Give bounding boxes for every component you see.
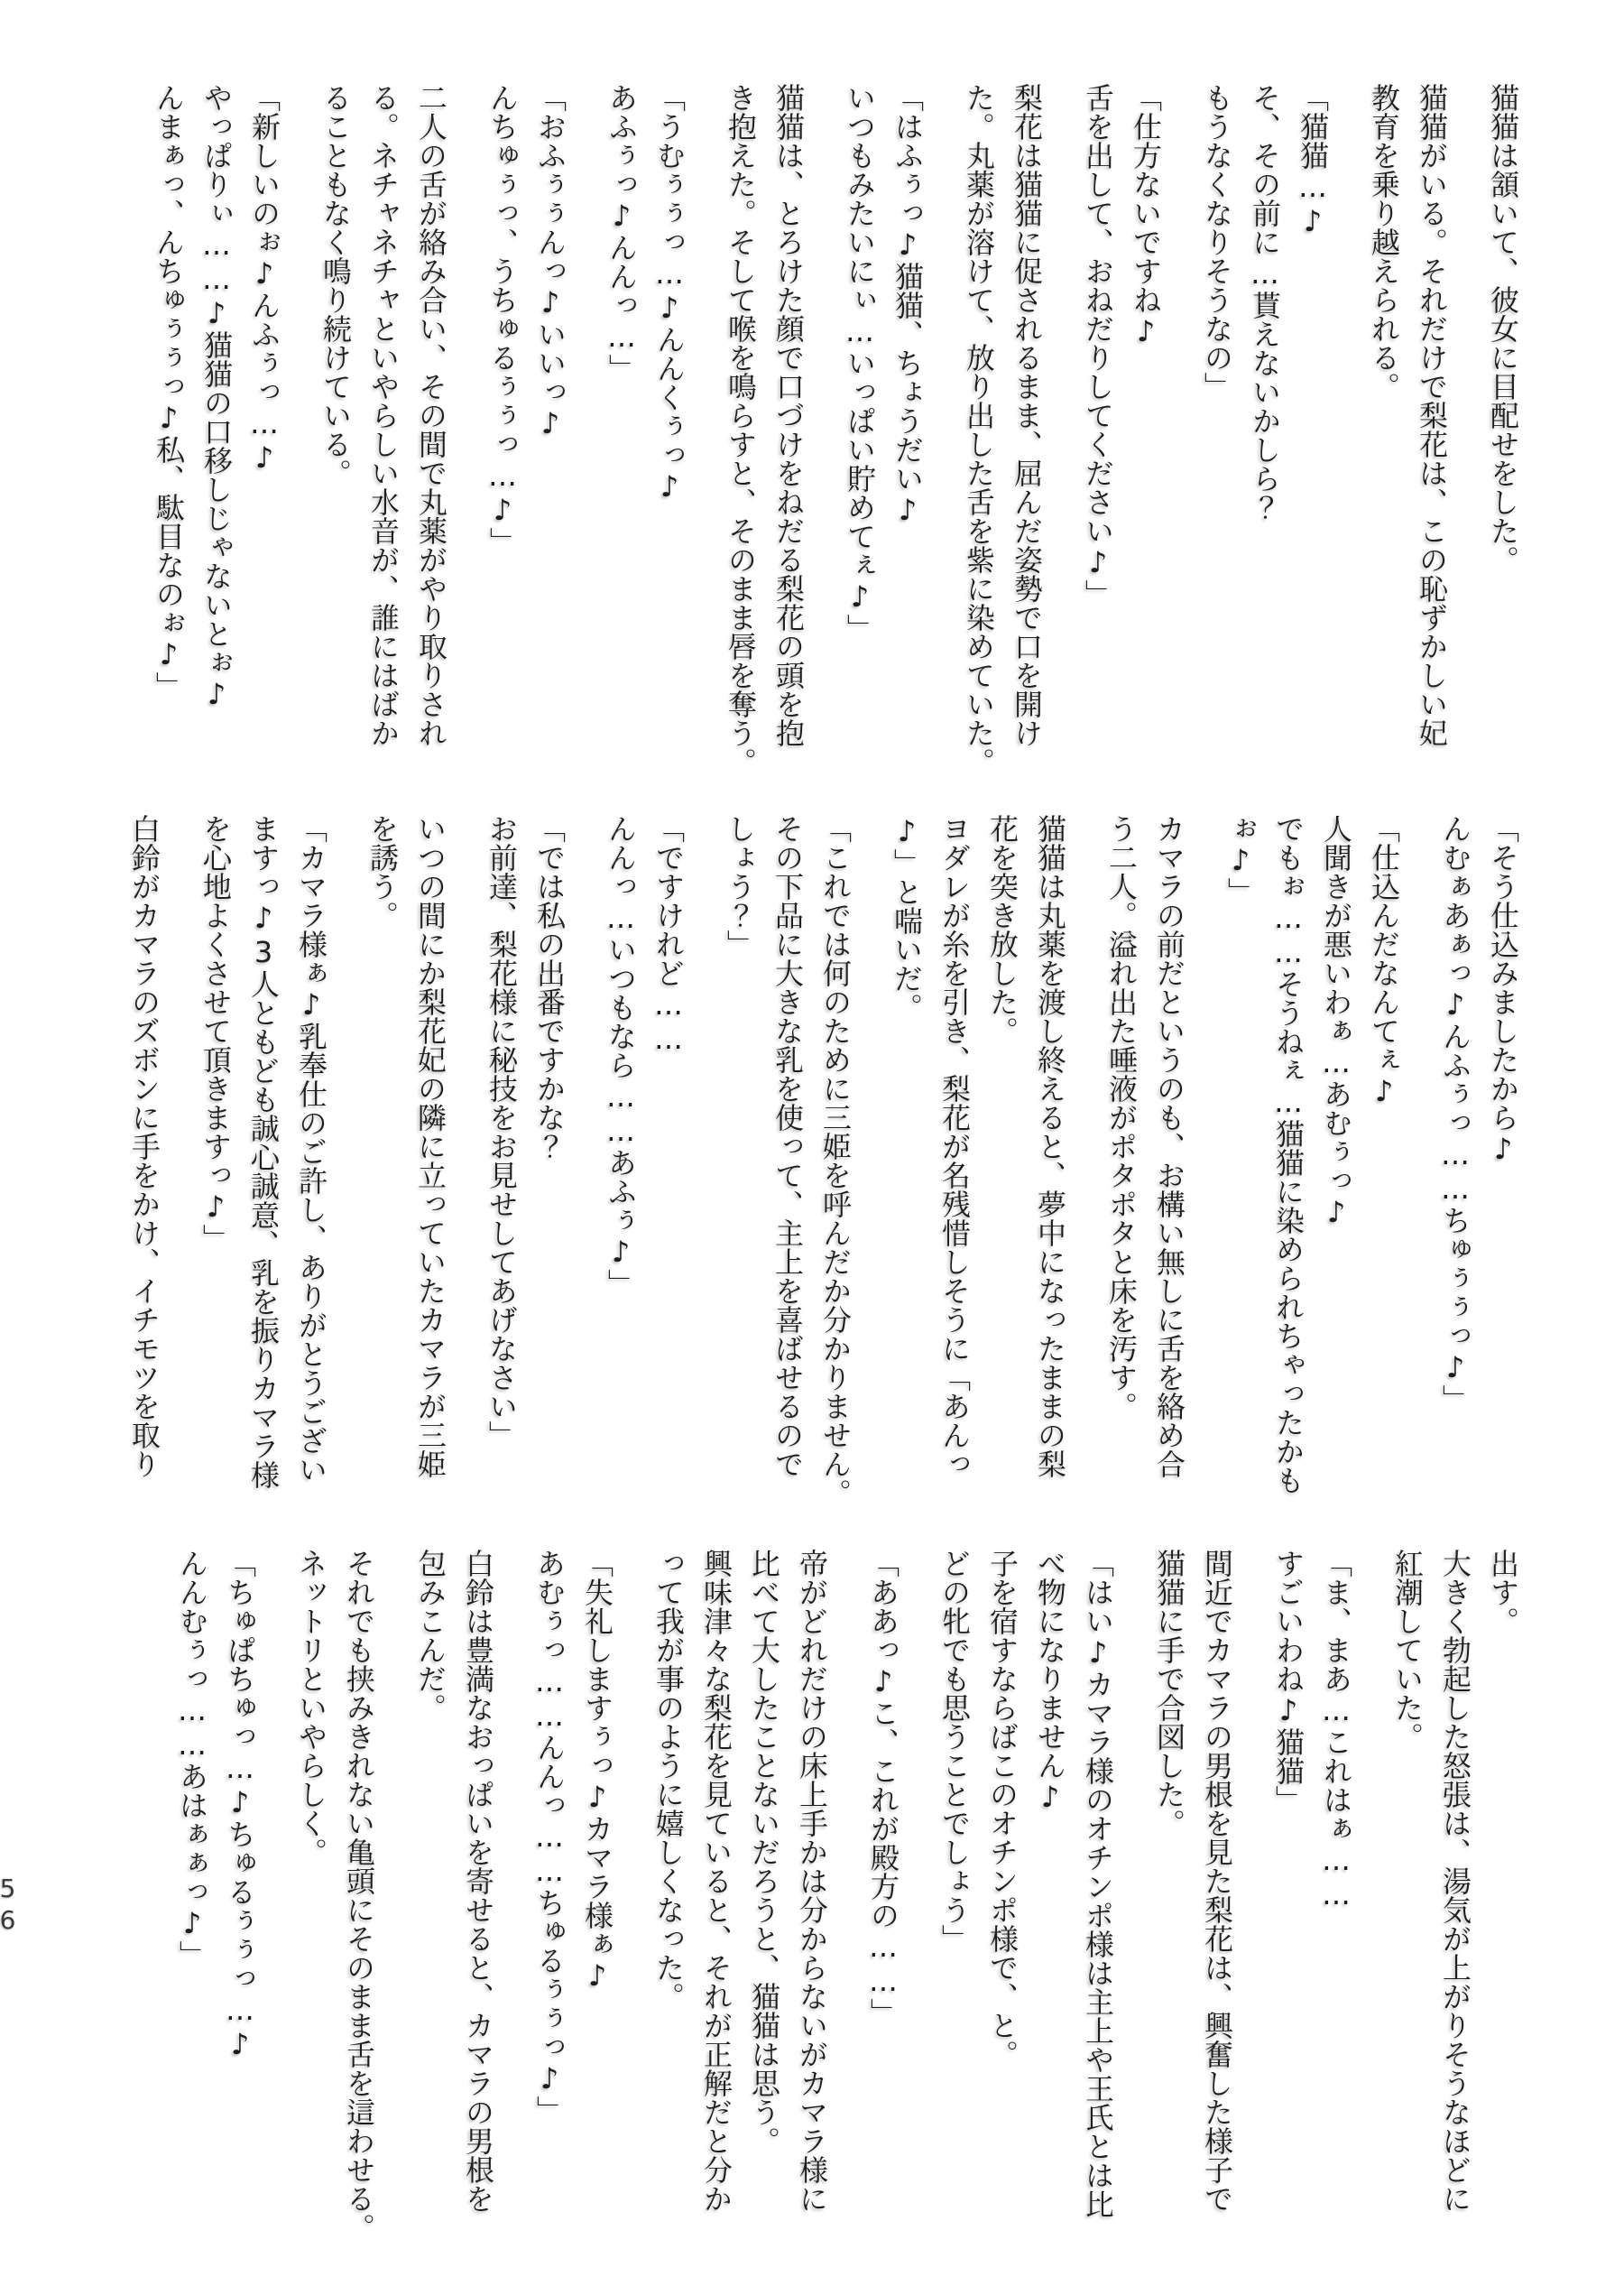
narration-paragraph: 猫猫は頷いて、彼女に目配せをした。	[1479, 83, 1527, 789]
narration-paragraph: カマラの前だというのも、お構い無しに舌を絡め合 う二人。溢れ出た唾液がポタポタと…	[1097, 814, 1193, 1520]
dialogue-paragraph: 「カマラ様ぁ♪乳奉仕のご許し、ありがとうござい ますっ♪3人ともども誠心誠意、乳…	[191, 814, 335, 1520]
dialogue-paragraph: 「はい♪カマラ様のオチンポ様は主上や王氏とは比 べ物になりません♪ 子を宿すなら…	[930, 1549, 1121, 2263]
narration-paragraph: 二人の舌が絡み合い、その間で丸薬がやり取りされ る。ネチャネチャといやらしい水音…	[311, 83, 455, 789]
dialogue-paragraph: 「おふぅぅんっ♪いいっ♪ んちゅぅっ、うちゅるぅぅっ…♪」	[478, 83, 574, 789]
dialogue-paragraph: 「ですけれど…… んんっ…いつもなら……あふぅ♪」	[596, 814, 692, 1520]
text-band-top: 猫猫は頷いて、彼女に目配せをした。猫猫がいる。それだけで梨花は、この恥ずかしい妃…	[121, 83, 1527, 789]
page-number-label: 56	[0, 1874, 20, 1937]
narration-paragraph: 猫猫がいる。それだけで梨花は、この恥ずかしい妃 教育を乗り越えられる。	[1360, 83, 1455, 789]
narration-paragraph: 出す。 大きく勃起した怒張は、湯気が上がりそうなほどに 紅潮していた。	[1383, 1549, 1527, 2263]
narration-paragraph: 猫猫は、とろけた顔で口づけをねだる梨花の頭を抱 き抱えた。そして喉を鳴らすと、そ…	[716, 83, 812, 789]
dialogue-paragraph: 「ちゅぱちゅっ…♪ちゅるぅぅっ…♪ んんむぅっ……あはぁぁっ♪」	[168, 1549, 263, 2263]
narration-paragraph: 白鈴は豊満なおっぱいを寄せると、カマラの男根を 包みこんだ。	[406, 1549, 502, 2263]
dialogue-paragraph: 「新しいのぉ♪んふぅっ…♪ やっぱりぃ……♪猫猫の口移しじゃないとぉ♪ んまぁっ…	[144, 83, 288, 789]
narration-paragraph: 帝がどれだけの床上手かは分からないがカマラ様に 比べて大したことないだろうと、猫…	[644, 1549, 835, 2263]
narration-paragraph: 白鈴がカマラのズボンに手をかけ、イチモツを取り	[120, 814, 168, 1520]
narration-paragraph: いつの間にか梨花妃の隣に立っていたカマラが三姫 を誘う。	[358, 814, 454, 1520]
narration-paragraph: 間近でカマラの男根を見た梨花は、興奮した様子で 猫猫に手で合図した。	[1145, 1549, 1241, 2263]
dialogue-paragraph: 「仕方ないですね♪ 舌を出して、おねだりしてください♪」	[1074, 83, 1169, 789]
dialogue-paragraph: 「失礼しますぅっ♪カマラ様ぁ♪ あむぅっ……んんっ……ちゅるぅぅっ♪」	[525, 1549, 621, 2263]
dialogue-paragraph: 「これでは何のために三姫を呼んだか分かりません。 その下品に大きな乳を使って、主…	[715, 814, 859, 1520]
dialogue-paragraph: 「猫猫…♪ そ、その前に…貰えないかしら？ もうなくなりそうなの」	[1193, 83, 1336, 789]
narration-paragraph: それでも挟みきれない亀頭にそのまま舌を這わせる。 ネットリといやらしく。	[287, 1549, 383, 2263]
dialogue-paragraph: 「はふぅっ♪猫猫、ちょうだい♪ いつもみたいにぃ…いっぱい貯めてぇ♪」	[835, 83, 931, 789]
dialogue-paragraph: 「ま、まあ…これはぁ…… すごいわね♪猫猫」	[1264, 1549, 1360, 2263]
narration-paragraph: 梨花は猫猫に促されるまま、屈んだ姿勢で口を開け た。丸薬が溶けて、放り出した舌を…	[955, 83, 1050, 789]
dialogue-paragraph: 「そう仕込みましたから♪ んむぁあぁっ♪んふぅっ……ちゅぅぅっ♪」	[1431, 814, 1527, 1520]
dialogue-paragraph: 「ああっ♪こ、これが殿方の……」	[859, 1549, 907, 2263]
text-band-middle: 「そう仕込みましたから♪ んむぁあぁっ♪んふぅっ……ちゅぅぅっ♪」「仕込んだなん…	[97, 814, 1527, 1520]
dialogue-paragraph: 「では私の出番ですかな？ お前達、梨花様に秘技をお見せしてあげなさい」	[477, 814, 573, 1520]
text-band-bottom: 出す。 大きく勃起した怒張は、湯気が上がりそうなほどに 紅潮していた。「ま、まあ…	[144, 1549, 1527, 2263]
novel-page: 猫猫は頷いて、彼女に目配せをした。猫猫がいる。それだけで梨花は、この恥ずかしい妃…	[0, 0, 1624, 2295]
dialogue-paragraph: 「うむぅぅっ…♪んんくぅっ♪ あふぅっ♪んんっ…」	[597, 83, 693, 789]
narration-paragraph: 猫猫は丸薬を渡し終えると、夢中になったままの梨 花を突き放した。 ヨダレが糸を引…	[882, 814, 1074, 1520]
dialogue-paragraph: 「仕込んだなんてぇ♪ 人聞きが悪いわぁ…あむぅっ♪ でもぉ……そうねぇ…猫猫に染…	[1216, 814, 1407, 1520]
